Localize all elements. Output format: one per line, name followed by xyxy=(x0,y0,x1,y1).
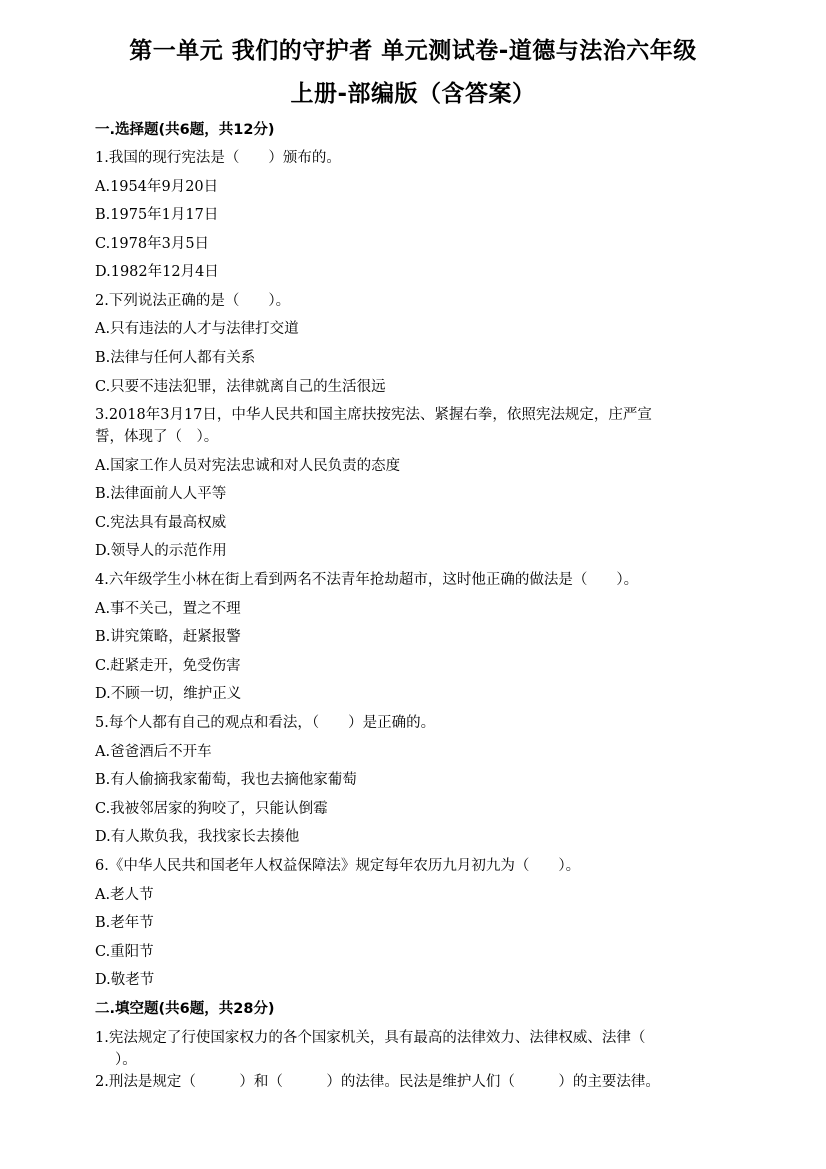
fill-question-stem-line2: ）。 xyxy=(95,1051,137,1069)
question-option: C.我被邻居家的狗咬了，只能认倒霉 xyxy=(95,800,328,818)
question-option: B.讲究策略，赶紧报警 xyxy=(95,628,241,646)
question-option: C.1978年3月5日 xyxy=(95,235,209,253)
question-option: A.老人节 xyxy=(95,886,154,904)
section-heading-fill-blank: 二.填空题(共6题，共28分) xyxy=(95,1000,275,1018)
question-option: C.赶紧走开，免受伤害 xyxy=(95,657,241,675)
question-option: B.法律面前人人平等 xyxy=(95,485,226,503)
question-stem: 1.我国的现行宪法是（ ）颁布的。 xyxy=(95,149,341,167)
section-heading-choice: 一.选择题(共6题，共12分) xyxy=(95,121,275,139)
question-option: B.有人偷摘我家葡萄，我也去摘他家葡萄 xyxy=(95,771,357,789)
document-title-line1: 第一单元 我们的守护者 单元测试卷-道德与法治六年级 xyxy=(0,32,826,65)
question-option: B.老年节 xyxy=(95,914,154,932)
question-option: D.有人欺负我，我找家长去揍他 xyxy=(95,828,299,846)
question-option: B.1975年1月17日 xyxy=(95,206,218,224)
question-option: C.宪法具有最高权威 xyxy=(95,514,226,532)
question-stem-line2: 誓，体现了（ ）。 xyxy=(95,428,218,446)
question-stem: 4.六年级学生小林在街上看到两名不法青年抢劫超市，这时他正确的做法是（ ）。 xyxy=(95,571,638,589)
question-option: D.1982年12月4日 xyxy=(95,263,219,281)
fill-question-stem-line1: 1.宪法规定了行使国家权力的各个国家机关，具有最高的法律效力、法律权威、法律（ xyxy=(95,1029,645,1047)
document-page: 第一单元 我们的守护者 单元测试卷-道德与法治六年级 上册-部编版（含答案） 一… xyxy=(0,0,826,1169)
question-stem: 5.每个人都有自己的观点和看法，（ ）是正确的。 xyxy=(95,714,435,732)
fill-question-stem: 2.刑法是规定（ ）和（ ）的法律。民法是维护人们（ ）的主要法律。 xyxy=(95,1073,660,1091)
question-stem: 6.《中华人民共和国老年人权益保障法》规定每年农历九月初九为（ ）。 xyxy=(95,857,580,875)
question-option: A.国家工作人员对宪法忠诚和对人民负责的态度 xyxy=(95,457,400,475)
question-option: B.法律与任何人都有关系 xyxy=(95,349,255,367)
document-title-line2: 上册-部编版（含答案） xyxy=(0,75,826,108)
question-option: C.重阳节 xyxy=(95,943,154,961)
question-option: D.敬老节 xyxy=(95,971,154,989)
question-stem: 2.下列说法正确的是（ ）。 xyxy=(95,292,290,310)
question-option: A.1954年9月20日 xyxy=(95,178,218,196)
question-option: A.爸爸酒后不开车 xyxy=(95,743,212,761)
question-option: D.领导人的示范作用 xyxy=(95,542,227,560)
question-option: A.只有违法的人才与法律打交道 xyxy=(95,320,299,338)
question-option: A.事不关己，置之不理 xyxy=(95,600,241,618)
question-option: D.不顾一切，维护正义 xyxy=(95,685,241,703)
question-option: C.只要不违法犯罪，法律就离自己的生活很远 xyxy=(95,378,386,396)
question-stem-line1: 3.2018年3月17日，中华人民共和国主席扶按宪法、紧握右拳，依照宪法规定，庄… xyxy=(95,406,652,424)
